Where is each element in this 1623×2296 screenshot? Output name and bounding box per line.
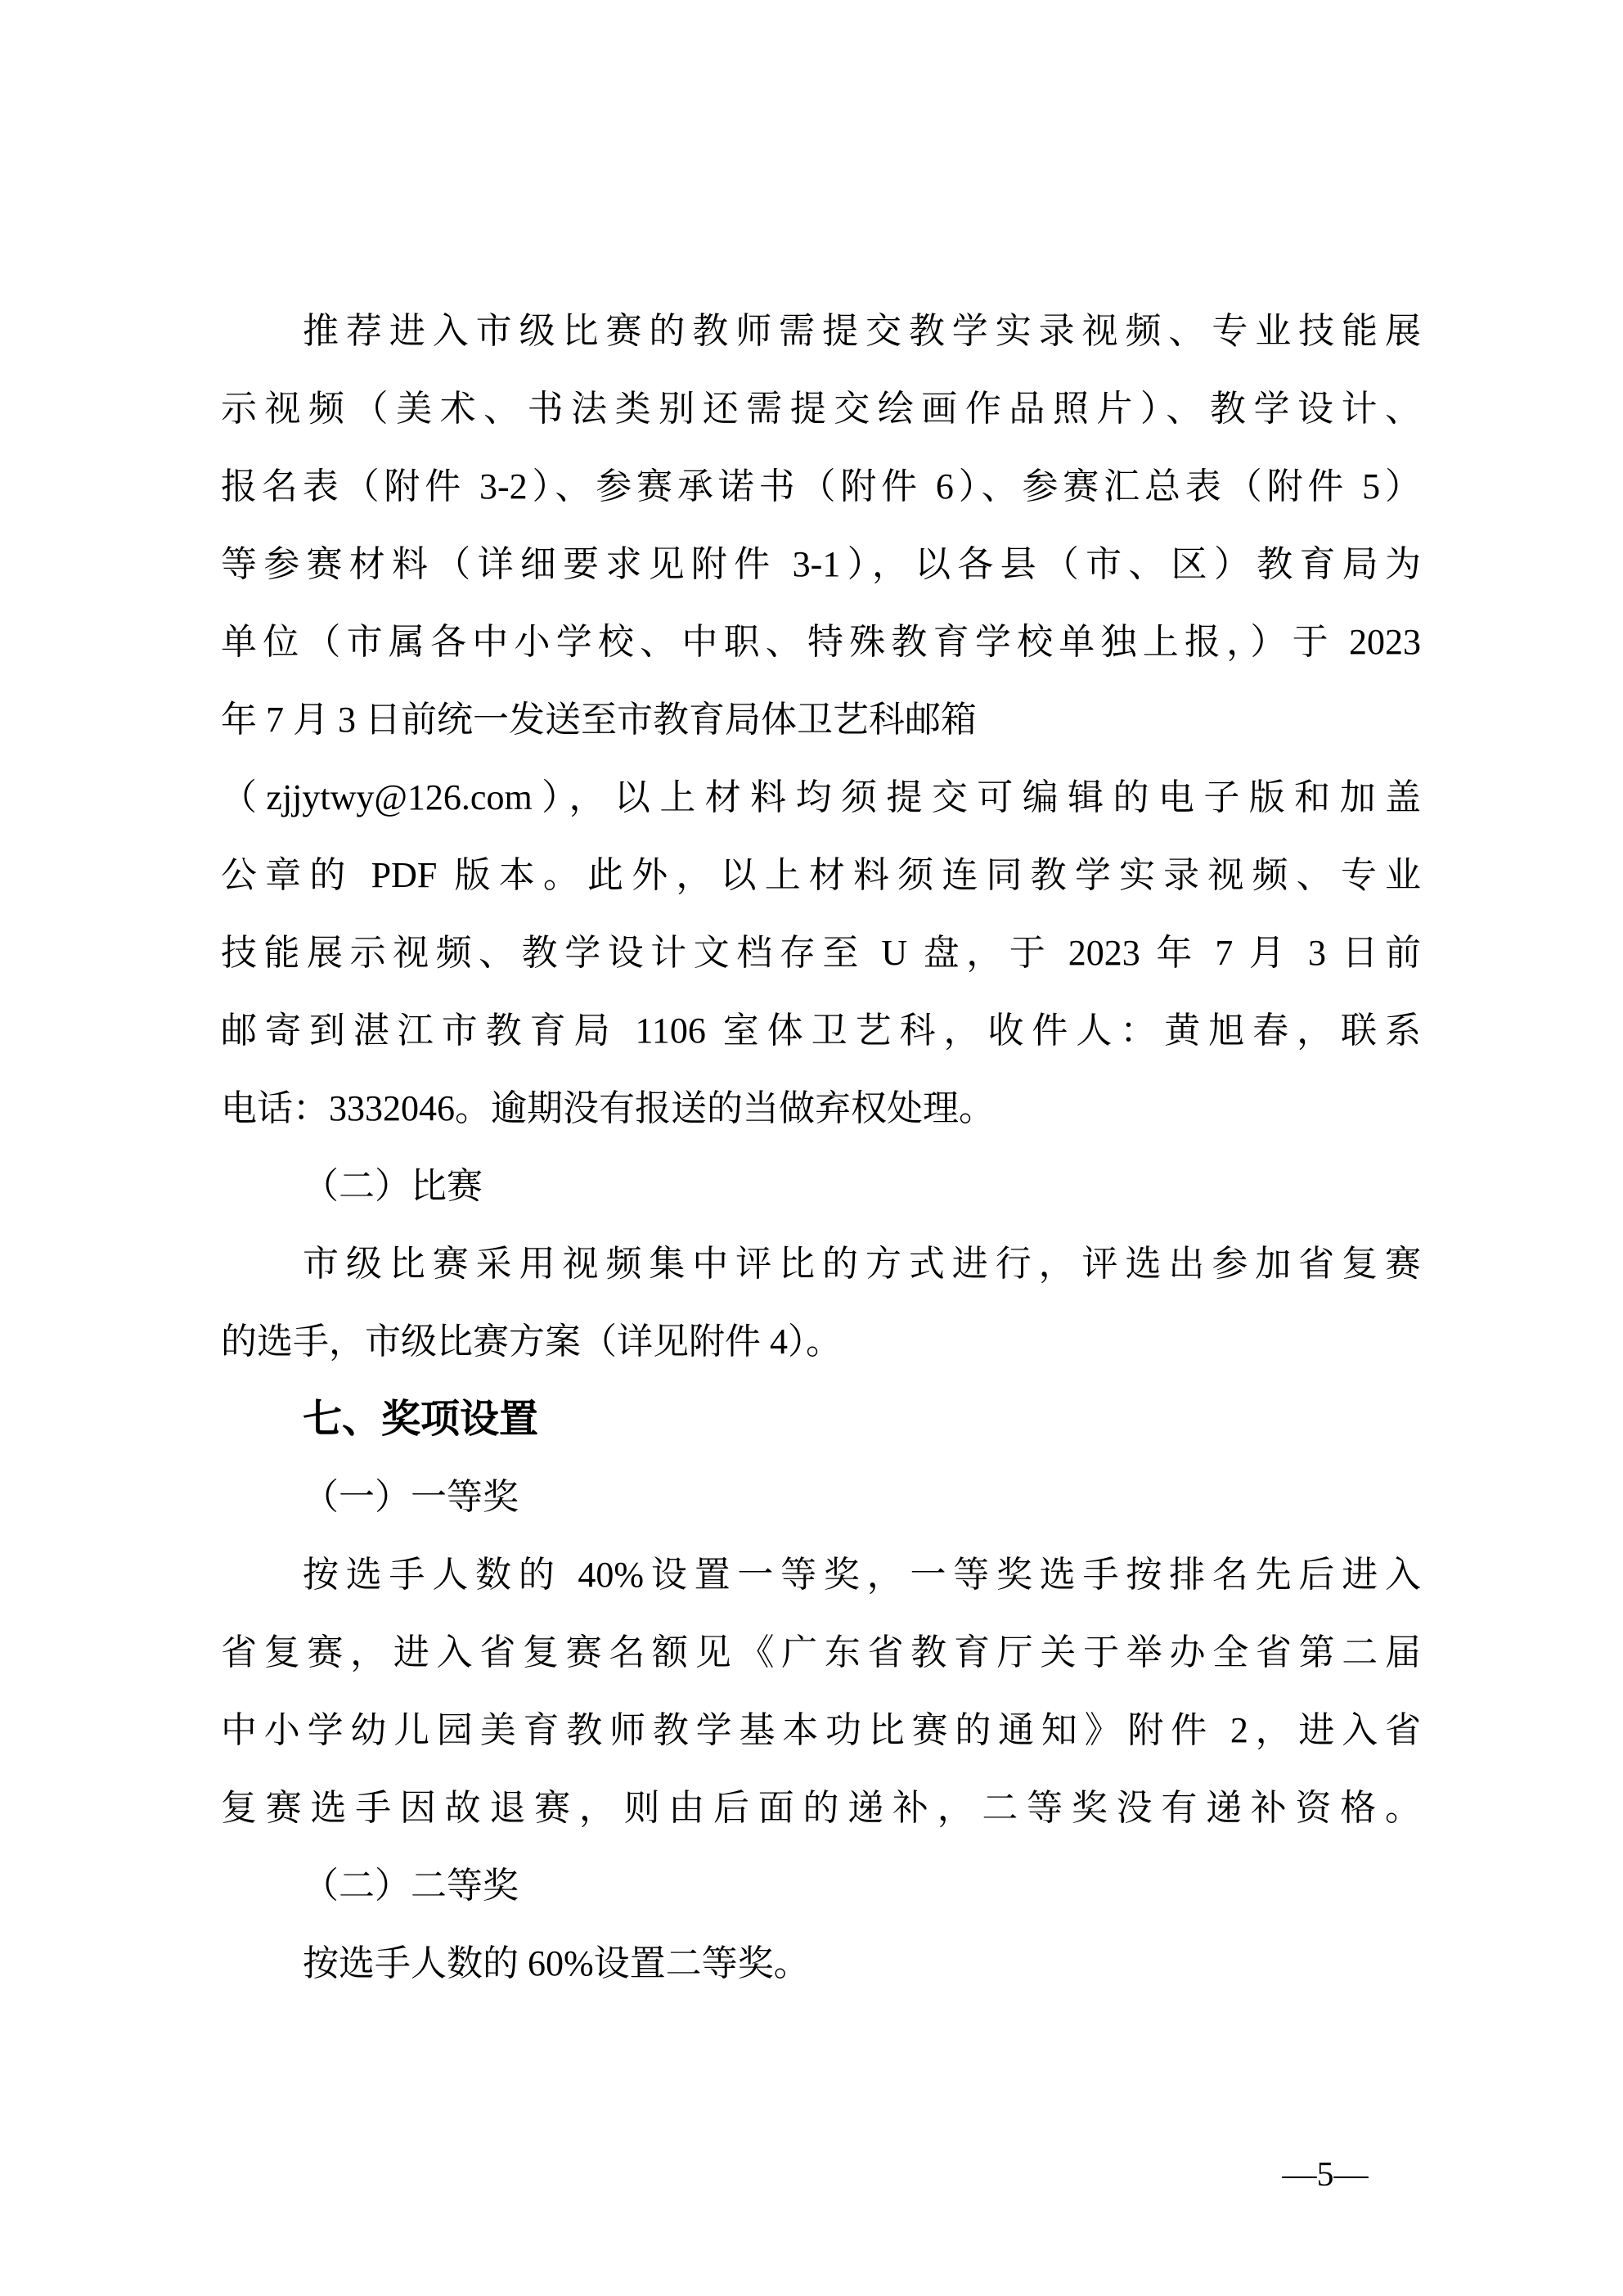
text-line: 技能展示视频、教学设计文档存至 U 盘，于 2023 年 7 月 3 日前	[221, 914, 1421, 992]
document-body: 推荐进入市级比赛的教师需提交教学实录视频、专业技能展示视频（美术、书法类别还需提…	[221, 292, 1421, 2002]
text-line: （一）一等奖	[221, 1458, 1421, 1536]
text-line: 中小学幼儿园美育教师教学基本功比赛的通知》附件 2，进入省	[221, 1691, 1421, 1769]
section-heading: 七、奖项设置	[221, 1380, 1421, 1458]
text-line: 报名表（附件 3-2）、参赛承诺书（附件 6）、参赛汇总表（附件 5）	[221, 448, 1421, 525]
page-number: —5—	[1260, 2150, 1391, 2199]
text-line: （zjjytwy@126.com），以上材料均须提交可编辑的电子版和加盖	[221, 759, 1421, 836]
text-line: 等参赛材料（详细要求见附件 3-1），以各县（市、区）教育局为	[221, 525, 1421, 603]
text-line: 市级比赛采用视频集中评比的方式进行，评选出参加省复赛	[221, 1225, 1421, 1303]
text-line: （二）比赛	[221, 1147, 1421, 1225]
text-line: 按选手人数的 60%设置二等奖。	[221, 1925, 1421, 2002]
text-line: 年 7 月 3 日前统一发送至市教育局体卫艺科邮箱	[221, 681, 1421, 759]
text-line: 推荐进入市级比赛的教师需提交教学实录视频、专业技能展	[221, 292, 1421, 370]
text-line: 邮寄到湛江市教育局 1106 室体卫艺科，收件人：黄旭春，联系	[221, 992, 1421, 1069]
text-line: 单位（市属各中小学校、中职、特殊教育学校单独上报，）于 2023	[221, 603, 1421, 681]
text-line: 电话：3332046。逾期没有报送的当做弃权处理。	[221, 1069, 1421, 1147]
text-line: 的选手，市级比赛方案（详见附件 4）。	[221, 1303, 1421, 1380]
text-line: 复赛选手因故退赛，则由后面的递补，二等奖没有递补资格。	[221, 1769, 1421, 1847]
text-line: 示视频（美术、书法类别还需提交绘画作品照片）、教学设计、	[221, 370, 1421, 448]
text-line: （二）二等奖	[221, 1847, 1421, 1925]
text-line: 公章的 PDF 版本。此外，以上材料须连同教学实录视频、专业	[221, 836, 1421, 914]
text-line: 省复赛，进入省复赛名额见《广东省教育厅关于举办全省第二届	[221, 1614, 1421, 1691]
text-line: 按选手人数的 40%设置一等奖，一等奖选手按排名先后进入	[221, 1536, 1421, 1614]
document-page: 推荐进入市级比赛的教师需提交教学实录视频、专业技能展示视频（美术、书法类别还需提…	[0, 0, 1623, 2296]
